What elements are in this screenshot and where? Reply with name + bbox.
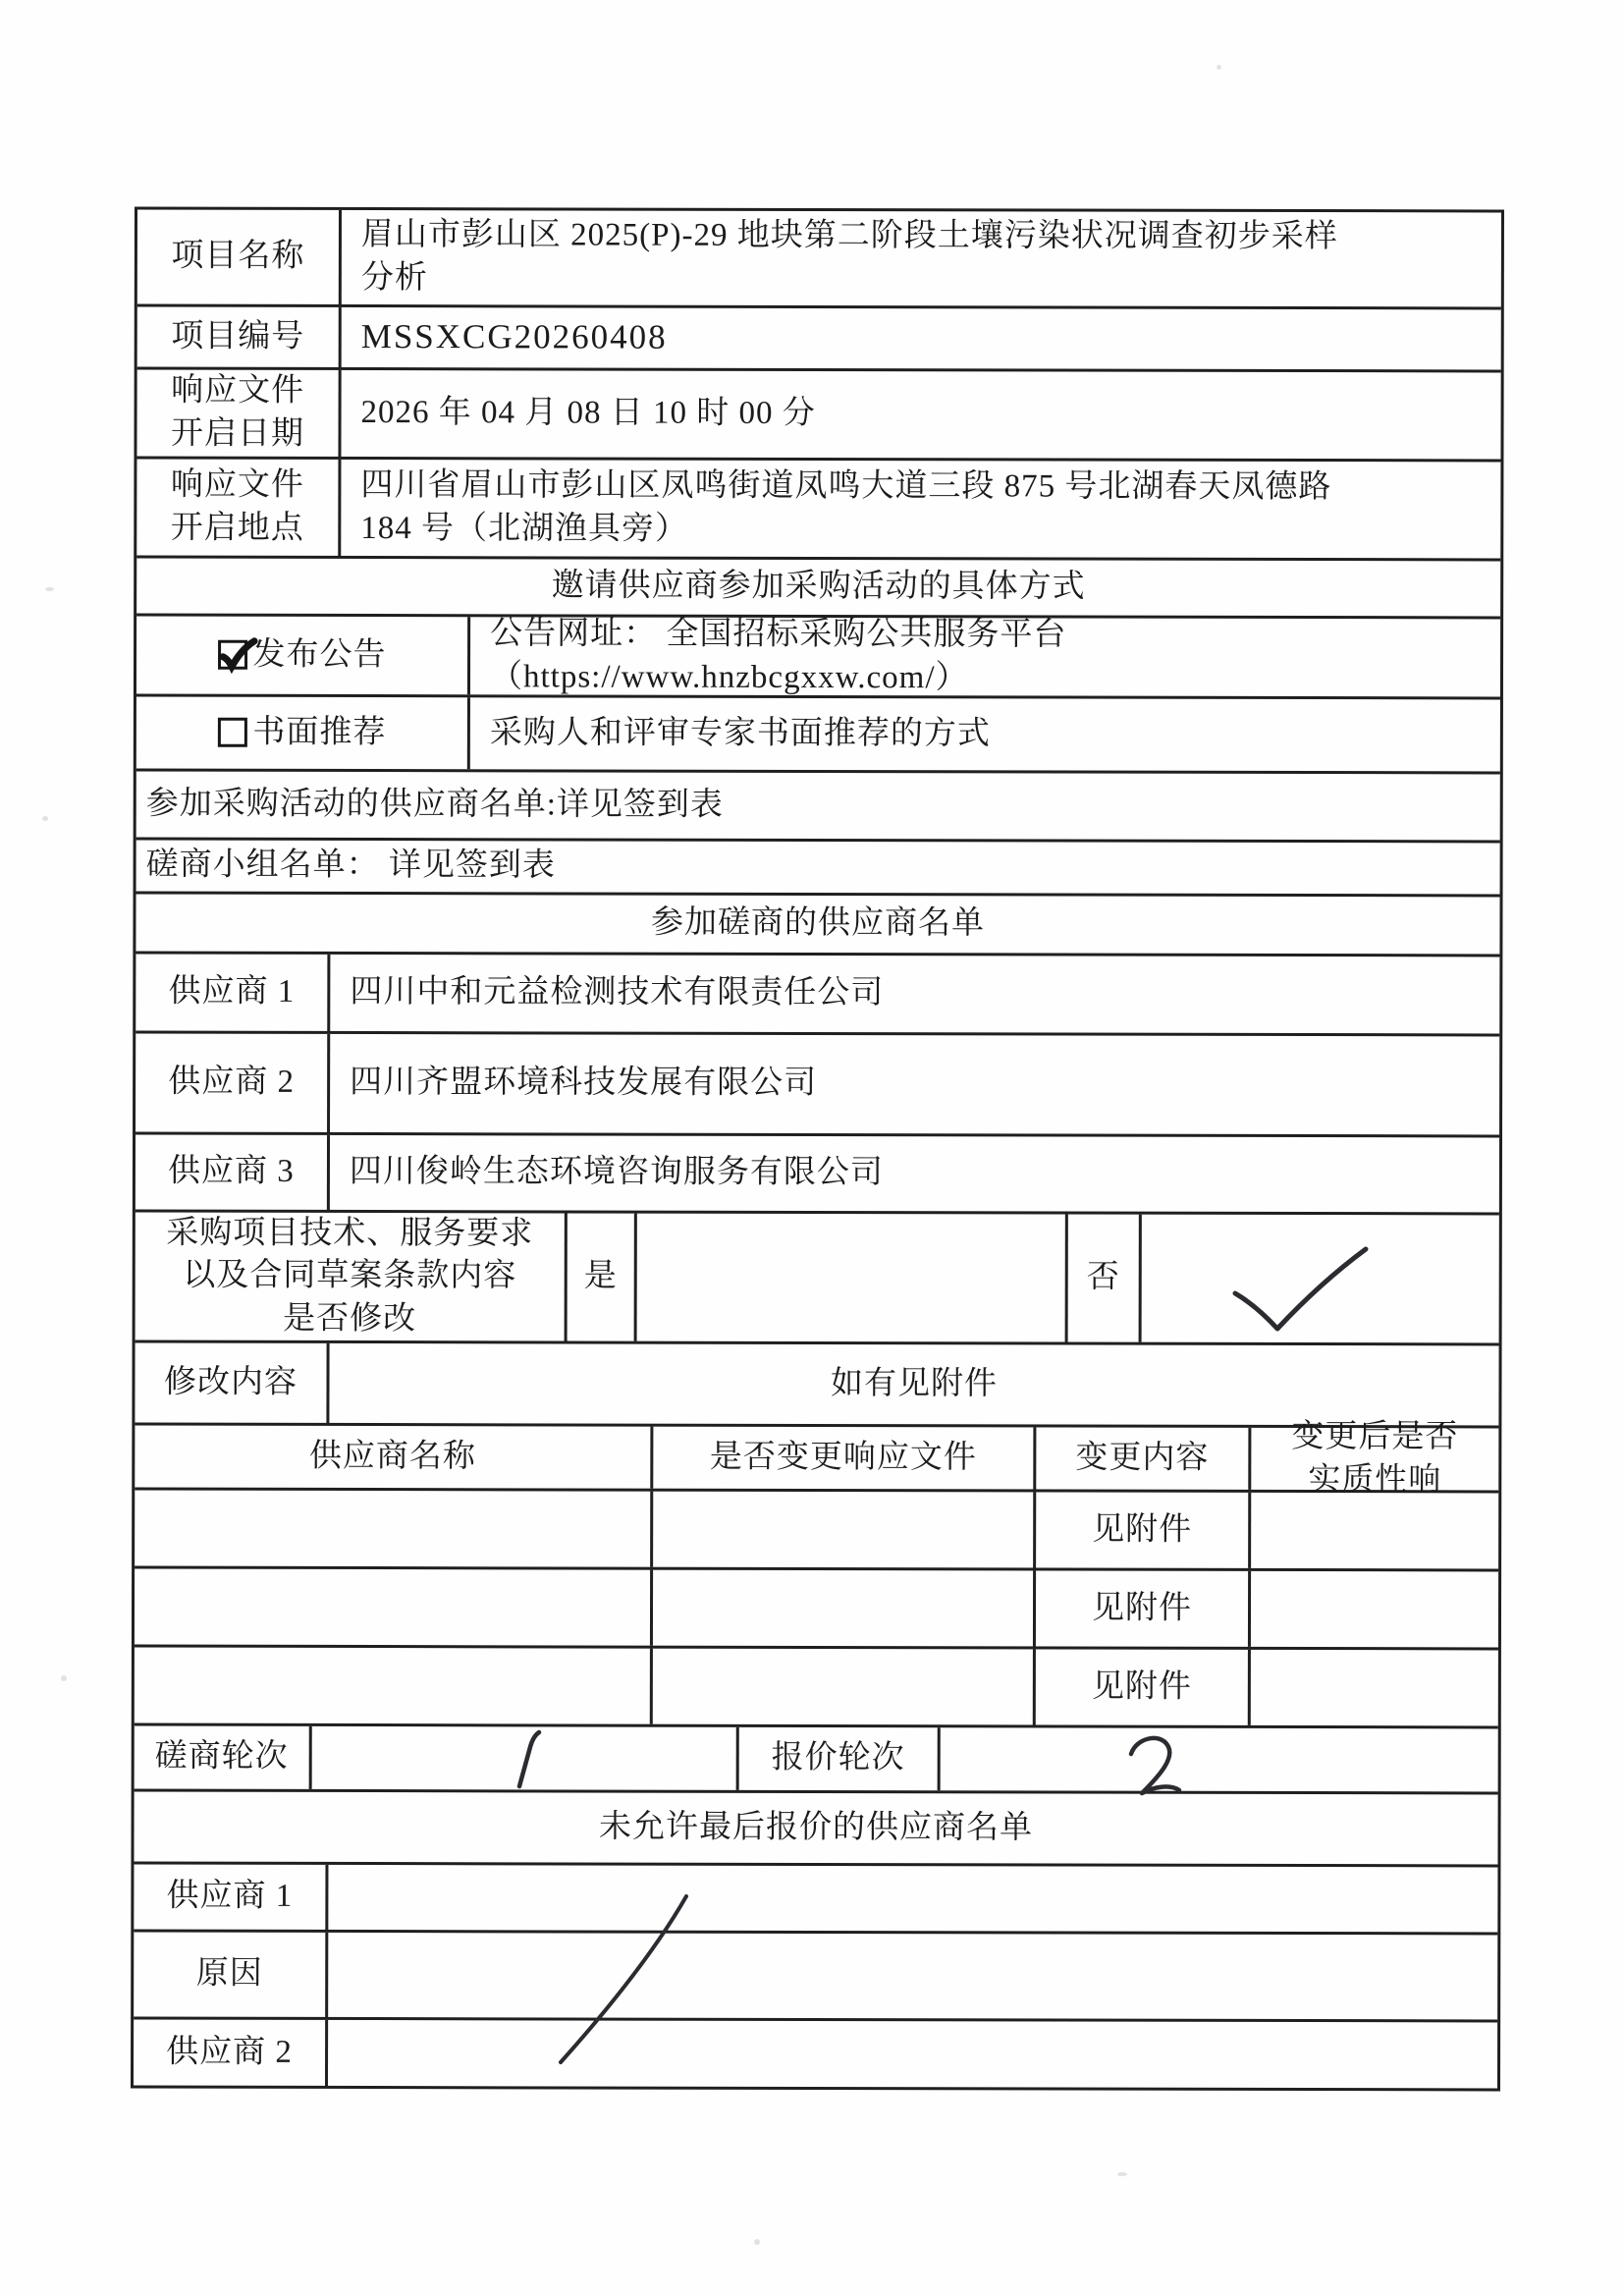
scan-speck xyxy=(45,587,54,591)
not-allowed-supplier-2-value xyxy=(325,2020,1497,2089)
row-not-allowed-supplier-1: 供应商 1 xyxy=(134,1862,1497,1933)
negotiation-rounds-value-cell xyxy=(309,1726,736,1790)
change-row-substantial xyxy=(1248,1493,1498,1569)
quote-rounds-label: 报价轮次 xyxy=(736,1727,938,1790)
open-place-value: 四川省眉山市彭山区凤鸣街道凤鸣大道三段 875 号北湖春天凤德路 184 号（北… xyxy=(338,460,1500,558)
open-date-label: 响应文件 开启日期 xyxy=(136,370,338,457)
row-not-allowed-supplier-2: 供应商 2 xyxy=(134,2017,1497,2089)
row-change-table-header: 供应商名称 是否变更响应文件 变更内容 变更后是否 实质性响 xyxy=(135,1423,1498,1491)
modify-yes-label: 是 xyxy=(565,1213,634,1340)
change-row-changed xyxy=(650,1570,1033,1647)
written-option-desc: 采购人和评审专家书面推荐的方式 xyxy=(467,697,1500,771)
change-header-supplier: 供应商名称 xyxy=(135,1426,650,1489)
announce-option-label: 发布公告 xyxy=(253,634,387,678)
supplier-1-label: 供应商 1 xyxy=(135,955,327,1031)
scan-speck xyxy=(1117,2172,1127,2176)
modify-content-value: 如有见附件 xyxy=(326,1343,1498,1426)
row-suppliers-header: 参加磋商的供应商名单 xyxy=(135,892,1499,955)
modify-no-value-cell xyxy=(1139,1215,1499,1343)
row-invite-method-announce: 发布公告 公告网址： 全国招标采购公共服务平台 （https://www.hnz… xyxy=(136,614,1500,697)
not-allowed-supplier-1-value xyxy=(325,1865,1497,1933)
check-stroke-icon xyxy=(215,633,260,679)
not-allowed-reason-label: 原因 xyxy=(134,1933,325,2017)
procurement-record-table: 项目名称 眉山市彭山区 2025(P)-29 地块第二阶段土壤污染状况调查初步采… xyxy=(131,207,1504,2092)
change-row-substantial xyxy=(1248,1571,1498,1648)
change-row-content: 见附件 xyxy=(1033,1649,1248,1724)
row-supplier-3: 供应商 3 四川俊岭生态环境咨询服务有限公司 xyxy=(135,1132,1499,1213)
change-row-changed xyxy=(650,1492,1033,1568)
supplier-3-name: 四川俊岭生态环境咨询服务有限公司 xyxy=(327,1135,1499,1213)
open-date-value: 2026 年 04 月 08 日 10 时 00 分 xyxy=(338,370,1500,459)
participants-note-text: 参加采购活动的供应商名单:详见签到表 xyxy=(136,772,1500,841)
row-invite-header: 邀请供应商参加采购活动的具体方式 xyxy=(136,556,1500,617)
row-project-number: 项目编号 MSSXCG20260408 xyxy=(137,304,1501,370)
row-open-date: 响应文件 开启日期 2026 年 04 月 08 日 10 时 00 分 xyxy=(136,367,1500,460)
not-allowed-header-title: 未允许最后报价的供应商名单 xyxy=(134,1792,1497,1865)
announce-option-desc: 公告网址： 全国招标采购公共服务平台 （https://www.hnzbcgxx… xyxy=(467,617,1500,696)
checked-checkbox-icon xyxy=(218,640,247,670)
modify-content-label: 修改内容 xyxy=(135,1343,326,1423)
modify-yes-value-cell xyxy=(634,1214,1065,1342)
scan-speck xyxy=(42,816,48,821)
project-number-label: 项目编号 xyxy=(137,307,339,367)
row-not-allowed-header: 未允许最后报价的供应商名单 xyxy=(134,1789,1497,1865)
change-table-row: 见附件 xyxy=(135,1645,1498,1726)
row-supplier-1: 供应商 1 四川中和元益检测技术有限责任公司 xyxy=(135,952,1499,1034)
scan-speck xyxy=(61,1675,67,1681)
modify-no-label: 否 xyxy=(1065,1215,1139,1342)
change-header-content: 变更内容 xyxy=(1033,1427,1248,1489)
change-row-name xyxy=(135,1569,650,1646)
written-option-cell: 书面推荐 xyxy=(136,697,467,770)
modify-question-label: 采购项目技术、服务要求 以及合同草案条款内容 是否修改 xyxy=(135,1213,565,1341)
change-row-content: 见附件 xyxy=(1033,1492,1248,1567)
open-place-label: 响应文件 开启地点 xyxy=(136,460,338,556)
quote-rounds-value-cell xyxy=(938,1727,1498,1791)
row-invite-method-written: 书面推荐 采购人和评审专家书面推荐的方式 xyxy=(136,694,1500,772)
change-row-changed xyxy=(650,1649,1033,1725)
scan-speck xyxy=(754,2239,760,2245)
change-row-name xyxy=(135,1491,650,1567)
unchecked-checkbox-icon xyxy=(217,718,246,747)
change-header-changed: 是否变更响应文件 xyxy=(650,1427,1033,1490)
row-not-allowed-reason: 原因 xyxy=(134,1930,1497,2020)
panel-note-text: 磋商小组名单： 详见签到表 xyxy=(136,841,1500,895)
project-name-label: 项目名称 xyxy=(137,210,339,304)
invite-header-title: 邀请供应商参加采购活动的具体方式 xyxy=(136,559,1500,617)
written-option-label: 书面推荐 xyxy=(252,712,386,755)
row-panel-note: 磋商小组名单： 详见签到表 xyxy=(136,838,1500,895)
supplier-1-name: 四川中和元益检测技术有限责任公司 xyxy=(327,955,1499,1034)
scanned-procurement-form-page: 项目名称 眉山市彭山区 2025(P)-29 地块第二阶段土壤污染状况调查初步采… xyxy=(0,0,1623,2296)
change-table-row: 见附件 xyxy=(135,1566,1498,1648)
suppliers-header-title: 参加磋商的供应商名单 xyxy=(135,895,1499,955)
row-rounds: 磋商轮次 报价轮次 xyxy=(135,1723,1498,1792)
row-supplier-2: 供应商 2 四川齐盟环境科技发展有限公司 xyxy=(135,1031,1499,1135)
project-name-value: 眉山市彭山区 2025(P)-29 地块第二阶段土壤污染状况调查初步采样 分析 xyxy=(339,210,1501,306)
scan-speck xyxy=(1217,65,1221,70)
project-number-value: MSSXCG20260408 xyxy=(339,307,1501,369)
row-open-place: 响应文件 开启地点 四川省眉山市彭山区凤鸣街道凤鸣大道三段 875 号北湖春天凤… xyxy=(136,457,1500,559)
row-project-name: 项目名称 眉山市彭山区 2025(P)-29 地块第二阶段土壤污染状况调查初步采… xyxy=(137,210,1501,307)
not-allowed-supplier-2-label: 供应商 2 xyxy=(134,2020,325,2086)
row-participants-note: 参加采购活动的供应商名单:详见签到表 xyxy=(136,769,1500,841)
change-row-name xyxy=(135,1648,650,1724)
announce-option-cell: 发布公告 xyxy=(136,617,467,695)
supplier-2-label: 供应商 2 xyxy=(135,1034,327,1132)
change-table-row: 见附件 xyxy=(135,1488,1498,1569)
negotiation-rounds-label: 磋商轮次 xyxy=(135,1726,309,1789)
row-modify-content: 修改内容 如有见附件 xyxy=(135,1340,1498,1426)
change-row-substantial xyxy=(1248,1650,1498,1726)
change-row-content: 见附件 xyxy=(1033,1570,1248,1646)
change-header-substantial: 变更后是否 实质性响 xyxy=(1248,1428,1498,1491)
supplier-3-label: 供应商 3 xyxy=(135,1135,327,1210)
not-allowed-supplier-1-label: 供应商 1 xyxy=(134,1865,325,1930)
not-allowed-reason-value xyxy=(325,1933,1497,2020)
supplier-2-name: 四川齐盟环境科技发展有限公司 xyxy=(327,1034,1499,1135)
row-modify-question: 采购项目技术、服务要求 以及合同草案条款内容 是否修改 是 否 xyxy=(135,1210,1499,1343)
